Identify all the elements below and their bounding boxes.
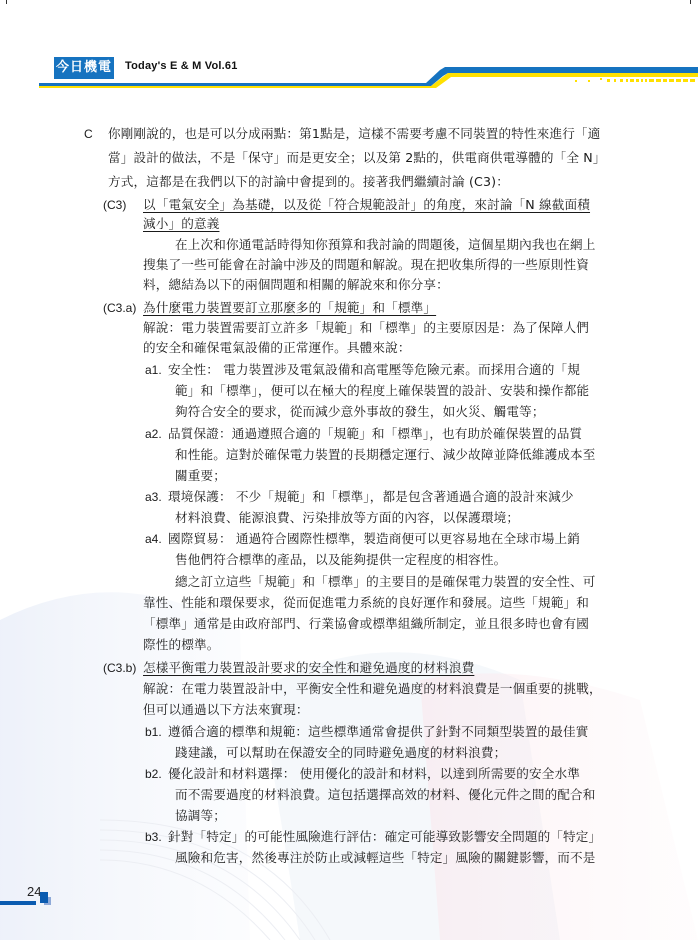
item-line: 踐建議，可以幫助在保證安全的同時避免過度的材料浪費； — [175, 745, 506, 761]
item-line: 環境保護： 不少「規範」和「標準」，都是包含著通過合適的設計來減少 — [168, 489, 574, 505]
item-line: 關重要； — [175, 468, 226, 484]
intro-line: 你剛剛說的，也是可以分成兩點：第1點是，這樣不需要考慮不同裝置的特性來進行「適 — [108, 126, 600, 142]
section-title-c3b: 怎樣平衡電力裝置設計要求的安全性和避免過度的材料浪費 — [143, 660, 474, 676]
explanation-line: 的安全和確保電氣設備的正常運作。具體來說： — [143, 340, 411, 356]
item-line: 風險和危害，然後專注於防止或減輕這些「特定」風險的關鍵影響，而不是 — [175, 850, 596, 866]
header-stripe-graphic — [0, 0, 698, 100]
item-line: 品質保證：通過遵照合適的「規範」和「標準」，也有助於確保裝置的品質 — [168, 426, 582, 442]
item-label-b3: b3. — [145, 829, 162, 845]
item-line: 國際貿易： 通過符合國際性標準，製造商便可以更容易地在全球市場上銷 — [168, 531, 580, 547]
item-line: 夠符合安全的要求，從而減少意外事故的發生，如火災、觸電等； — [175, 404, 545, 420]
item-line: 遵循合適的標準和規範：這些標準通常會提供了針對不同類型裝置的最佳實 — [168, 724, 589, 740]
section-label-c3a: (C3.a) — [103, 300, 136, 316]
item-line: 協調等； — [175, 808, 226, 824]
paragraph-line: 搜集了一些可能會在討論中涉及的問題和解說。現在把收集所得的一些原則性資 — [143, 257, 589, 273]
item-line: 售他們符合標準的產品，以及能夠提供一定程度的相容性。 — [175, 552, 506, 568]
item-label-a3: a3. — [145, 489, 162, 505]
summary-line: 總之訂立這些「規範」和「標準」的主要目的是確保電力裝置的安全性、可 — [175, 574, 596, 590]
explanation-line: 解說：在電力裝置設計中，平衡安全性和避免過度的材料浪費是一個重要的挑戰， — [143, 681, 602, 697]
item-label-a4: a4. — [145, 531, 162, 547]
intro-line: 當」設計的做法，不是「保守」而是更安全；以及第 2點的，供電商供電導體的「全 N… — [108, 150, 606, 166]
section-title-c3a: 為什麼電力裝置要訂立那麼多的「規範」和「標準」 — [143, 300, 436, 316]
summary-line: 際性的標準。 — [143, 637, 219, 653]
paragraph-line: 料，總結為以下的兩個問題和相關的解說來和你分享： — [143, 277, 449, 293]
section-label-c3: (C3) — [103, 197, 126, 213]
item-line: 優化設計和材料選擇： 使用優化的設計和材料，以達到所需要的安全水準 — [168, 766, 580, 782]
issue-title: Today's E & M Vol.61 — [125, 60, 238, 72]
speaker-label: C — [84, 126, 93, 142]
page-header: 今日機電 Today's E & M Vol.61 — [0, 0, 698, 100]
item-line: 而不需要過度的材料浪費。這包括選擇高效的材料、優化元件之間的配合和 — [175, 787, 596, 803]
summary-line: 靠性、性能和環保要求，從而促進電力系統的良好運作和發展。這些「規範」和 — [143, 595, 589, 611]
footer-square-dark — [40, 892, 48, 903]
item-line: 材料浪費、能源浪費、污染排放等方面的內容，以保護環境； — [175, 510, 519, 526]
item-line: 安全性： 電力裝置涉及電氣設備和高電壓等危險元素。而採用合適的「規 — [168, 362, 580, 378]
section-label-c3b: (C3.b) — [103, 660, 136, 676]
section-title-c3: 減小」的意義 — [143, 216, 219, 232]
footer-accent-bar — [0, 901, 36, 905]
paragraph-line: 在上次和你通電話時得知你預算和我討論的問題後，這個星期內我也在網上 — [175, 237, 596, 253]
item-label-b1: b1. — [145, 724, 162, 740]
item-line: 針對「特定」的可能性風險進行評估：確定可能導致影響安全問題的「特定」 — [168, 829, 601, 845]
explanation-line: 解說：電力裝置需要訂立許多「規範」和「標準」的主要原因是：為了保障人們 — [143, 320, 589, 336]
summary-line: 「標準」通常是由政府部門、行業協會或標準組織所制定，並且很多時也會有國 — [143, 616, 589, 632]
magazine-brand-logo: 今日機電 — [54, 57, 114, 79]
section-title-c3: 以「電氣安全」為基礎，以及從「符合規範設計」的角度，來討論「N 線截面積 — [143, 197, 590, 213]
item-label-a1: a1. — [145, 362, 162, 378]
intro-line: 方式，這都是在我們以下的討論中會提到的。接著我們繼續討論 (C3)： — [108, 174, 509, 190]
item-line: 和性能。這對於確保電力裝置的長期穩定運行、減少故障並降低維護成本至 — [175, 447, 596, 463]
explanation-line: 但可以通過以下方法來實現： — [143, 702, 309, 718]
item-label-b2: b2. — [145, 766, 162, 782]
item-line: 範」和「標準」，便可以在極大的程度上確保裝置的設計、安裝和操作都能 — [175, 383, 589, 399]
item-label-a2: a2. — [145, 426, 162, 442]
